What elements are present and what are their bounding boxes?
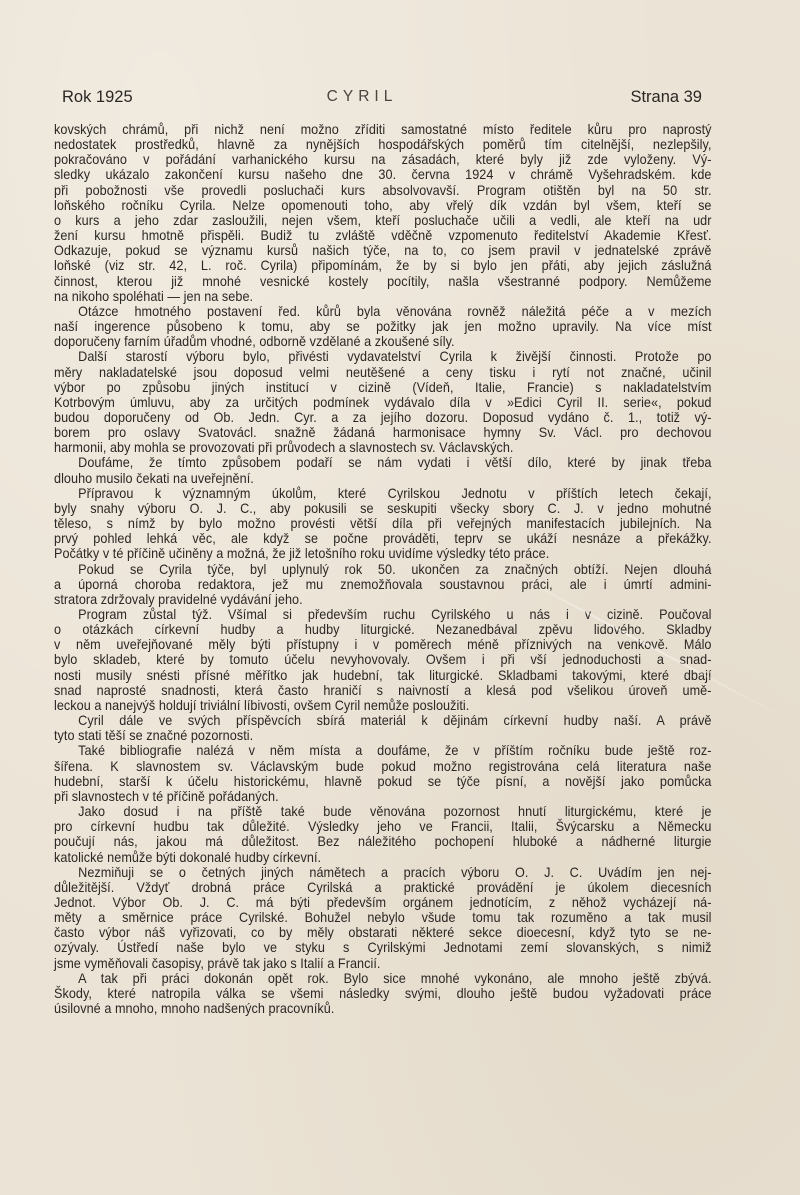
paragraph: Doufáme, že tímto způsobem podaří se nám… <box>54 455 712 485</box>
text-line: doporučeny farním úřadům vhodné, odborně… <box>54 334 712 349</box>
text-line: jsme vyměňovali časopisy, právě tak jako… <box>54 956 712 971</box>
body-text: kovských chrámů, při nichž není možno zř… <box>54 122 666 1016</box>
journal-title: CYRIL <box>62 88 702 106</box>
text-line: naší ingerence působeno k tomu, aby se p… <box>54 319 712 334</box>
paragraph: Pokud se Cyrila týče, byl uplynulý rok 5… <box>54 562 712 607</box>
text-line: prvý pohled lehká věc, ale když se počne… <box>54 531 712 546</box>
text-line: Kotrbovým úmluvu, aby za určitých podmín… <box>54 395 712 410</box>
paragraph: Otázce hmotného postavení řed. kůrů byla… <box>54 304 712 349</box>
body-text-inner: kovských chrámů, při nichž není možno zř… <box>54 122 712 1016</box>
text-line: činnost, kterou již mnohé vesnické koste… <box>54 274 712 289</box>
text-line: Odkazuje, pokud se významu kursů našich … <box>54 243 712 258</box>
paragraph: kovských chrámů, při nichž není možno zř… <box>54 122 712 304</box>
text-line: úsilovné a mnoho, mnoho nadšených pracov… <box>54 1001 712 1016</box>
text-line: Jednot. Výbor Ob. J. C. má býti předevší… <box>54 895 712 910</box>
text-line: sledky ukázalo zakončení kursu našeho dn… <box>54 167 712 182</box>
text-line: žení kursu hmotně přispěli. Budiž tu zvl… <box>54 228 712 243</box>
text-line: o kurs a jeho zdar zasloužili, nejen vše… <box>54 213 712 228</box>
text-line: Program zůstal týž. Všímal si především … <box>54 607 712 622</box>
text-line: harmonii, aby mohla se provozovati při p… <box>54 440 712 455</box>
text-line: byly snahy výboru O. J. C., aby pokusili… <box>54 501 712 516</box>
text-line: Další starostí výboru bylo, přivésti vyd… <box>54 349 712 364</box>
text-line: na nikoho spoléhati — jen na sebe. <box>54 289 712 304</box>
text-line: snad naprosté snadnosti, která často hra… <box>54 683 712 698</box>
paragraph: Cyril dále ve svých příspěvcích sbírá ma… <box>54 713 712 743</box>
text-line: šířena. K slavnostem sv. Václavským bude… <box>54 759 712 774</box>
text-line: loňského ročníku Cyrila. Nelze opomenout… <box>54 198 712 213</box>
text-line: Pokud se Cyrila týče, byl uplynulý rok 5… <box>54 562 712 577</box>
text-line: nedostatek prostředků, hlavně za nynější… <box>54 137 712 152</box>
text-line: v něm uveřejňované měly býti přístupny i… <box>54 637 712 652</box>
text-line: poučují nás, jakou má důležitost. Bez ná… <box>54 834 712 849</box>
page-number: Strana 39 <box>630 88 702 107</box>
text-line: tyto stati těší se značné pozornosti. <box>54 728 712 743</box>
text-line: pro církevní hudbu tak důležité. Výsledk… <box>54 819 712 834</box>
text-line: nosti musily snésti přísné měřítko jak h… <box>54 668 712 683</box>
paragraph: A tak při práci dokonán opět rok. Bylo s… <box>54 971 712 1016</box>
text-line: důležitější. Vždyť drobná práce Cyrilská… <box>54 880 712 895</box>
text-line: Počátky v té příčině učiněny a možná, že… <box>54 546 712 561</box>
text-line: budou doporučeny od Ob. Jedn. Cyr. a za … <box>54 410 712 425</box>
text-line: při pobožnosti vše provedli posluchači k… <box>54 183 712 198</box>
paragraph: Další starostí výboru bylo, přivésti vyd… <box>54 349 712 455</box>
paragraph: Nezmiňuji se o četných jiných námětech a… <box>54 865 712 971</box>
text-line: při slavnostech v té příčině pořádaných. <box>54 789 712 804</box>
text-line: ozývaly. Ústředí naše bylo ve styku s Cy… <box>54 940 712 955</box>
running-header: Rok 1925 CYRIL Strana 39 <box>62 88 702 112</box>
text-line: Také bibliografie nalézá v něm místa a d… <box>54 743 712 758</box>
text-line: kovských chrámů, při nichž není možno zř… <box>54 122 712 137</box>
text-line: měry nakladatelské jsou doposud velmi ne… <box>54 365 712 380</box>
text-line: Cyril dále ve svých příspěvcích sbírá ma… <box>54 713 712 728</box>
text-line: Škody, které natropila válka se všemi ná… <box>54 986 712 1001</box>
text-line: A tak při práci dokonán opět rok. Bylo s… <box>54 971 712 986</box>
text-line: hudební, starší k účelu historickému, hl… <box>54 774 712 789</box>
paragraph: Přípravou k významným úkolům, které Cyri… <box>54 486 712 562</box>
text-line: dlouho musilo čekati na uveřejnění. <box>54 471 712 486</box>
text-line: často výbor náš vyřizovati, co by měly o… <box>54 925 712 940</box>
text-line: výbor po způsobu jiných institucí v cizi… <box>54 380 712 395</box>
text-line: Nezmiňuji se o četných jiných námětech a… <box>54 865 712 880</box>
text-line: katolické nemůže býti dokonalé hudby cír… <box>54 850 712 865</box>
text-line: Jako dosud i na příště také bude věnován… <box>54 804 712 819</box>
text-line: Doufáme, že tímto způsobem podaří se nám… <box>54 455 712 470</box>
text-line: a úporná choroba redaktora, jež mu znemo… <box>54 577 712 592</box>
text-line: loňské (viz str. 42, L. roč. Cyrila) při… <box>54 258 712 273</box>
text-line: Přípravou k významným úkolům, které Cyri… <box>54 486 712 501</box>
text-line: těleso, s nímž by bylo možno provésti vě… <box>54 516 712 531</box>
text-line: pokračováno v pořádání varhanického kurs… <box>54 152 712 167</box>
paragraph: Také bibliografie nalézá v něm místa a d… <box>54 743 712 804</box>
paragraph: Program zůstal týž. Všímal si především … <box>54 607 712 713</box>
text-line: stratora zdržovaly pravidelné vydávání j… <box>54 592 712 607</box>
text-line: bylo skladeb, které by tomuto účelu nevy… <box>54 652 712 667</box>
text-line: leckou a nanejvýš holdují triviální líbi… <box>54 698 712 713</box>
text-line: Otázce hmotného postavení řed. kůrů byla… <box>54 304 712 319</box>
text-line: měty a směrnice práce Cyrilské. Bohužel … <box>54 910 712 925</box>
text-line: borem pro oslavy Svatovácl. snažně žádan… <box>54 425 712 440</box>
paragraph: Jako dosud i na příště také bude věnován… <box>54 804 712 865</box>
text-line: o otázkách církevní hudby a hudby liturg… <box>54 622 712 637</box>
